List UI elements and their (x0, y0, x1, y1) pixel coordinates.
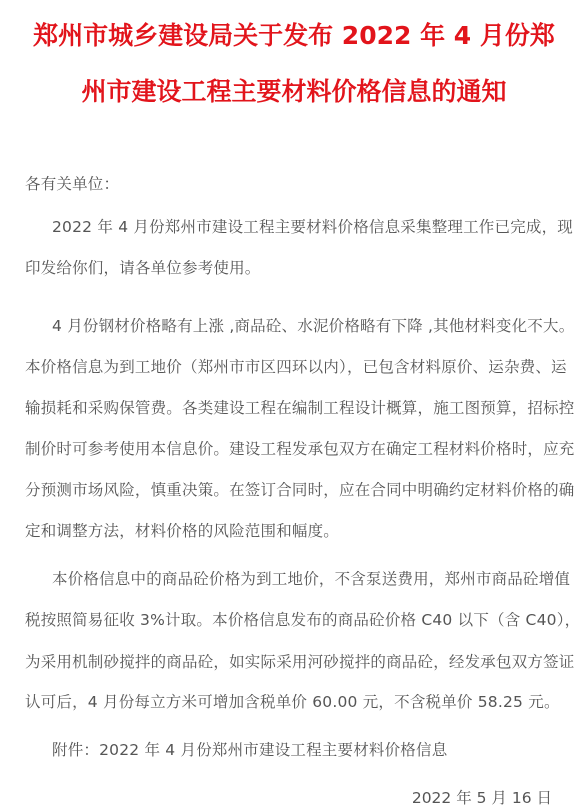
paragraph-line: 为采用机制砂搅拌的商品砼，如实际采用河砂搅拌的商品砼，经发承包双方签证 (25, 650, 575, 672)
paragraph-line: 认可后，4 月份每立方米可增加含税单价 60.00 元，不含税单价 58.25 … (25, 690, 560, 712)
issue-date: 2022 年 5 月 16 日 (412, 786, 552, 808)
salutation: 各有关单位： (25, 172, 119, 194)
paragraph-line: 税按照简易征收 3%计取。本价格信息发布的商品砼价格 C40 以下（含 C40）… (25, 608, 580, 630)
notice-title-line-2: 州市建设工程主要材料价格信息的通知 (0, 72, 588, 108)
paragraph-line: 2022 年 4 月份郑州市建设工程主要材料价格信息采集整理工作已完成，现 (52, 215, 573, 237)
paragraph-line: 分预测市场风险，慎重决策。在签订合同时，应在合同中明确约定材料价格的确 (25, 478, 575, 500)
paragraph-line: 制价时可参考使用本信息价。建设工程发承包双方在确定工程材料价格时，应充 (25, 437, 575, 459)
attachment-line: 附件：2022 年 4 月份郑州市建设工程主要材料价格信息 (52, 738, 447, 760)
paragraph-line: 4 月份钢材价格略有上涨 ,商品砼、水泥价格略有下降 ,其他材料变化不大。 (52, 314, 574, 336)
paragraph-line: 印发给你们，请各单位参考使用。 (25, 256, 261, 278)
paragraph-line: 输损耗和采购保管费。各类建设工程在编制工程设计概算，施工图预算，招标控 (25, 396, 575, 418)
paragraph-line: 定和调整方法，材料价格的风险范围和幅度。 (25, 519, 339, 541)
paragraph-line: 本价格信息为到工地价（郑州市市区四环以内），已包含材料原价、运杂费、运 (25, 355, 567, 377)
notice-title-line-1: 郑州市城乡建设局关于发布 2022 年 4 月份郑 (0, 16, 588, 52)
paragraph-line: 本价格信息中的商品砼价格为到工地价，不含泵送费用，郑州市商品砼增值 (52, 567, 570, 589)
